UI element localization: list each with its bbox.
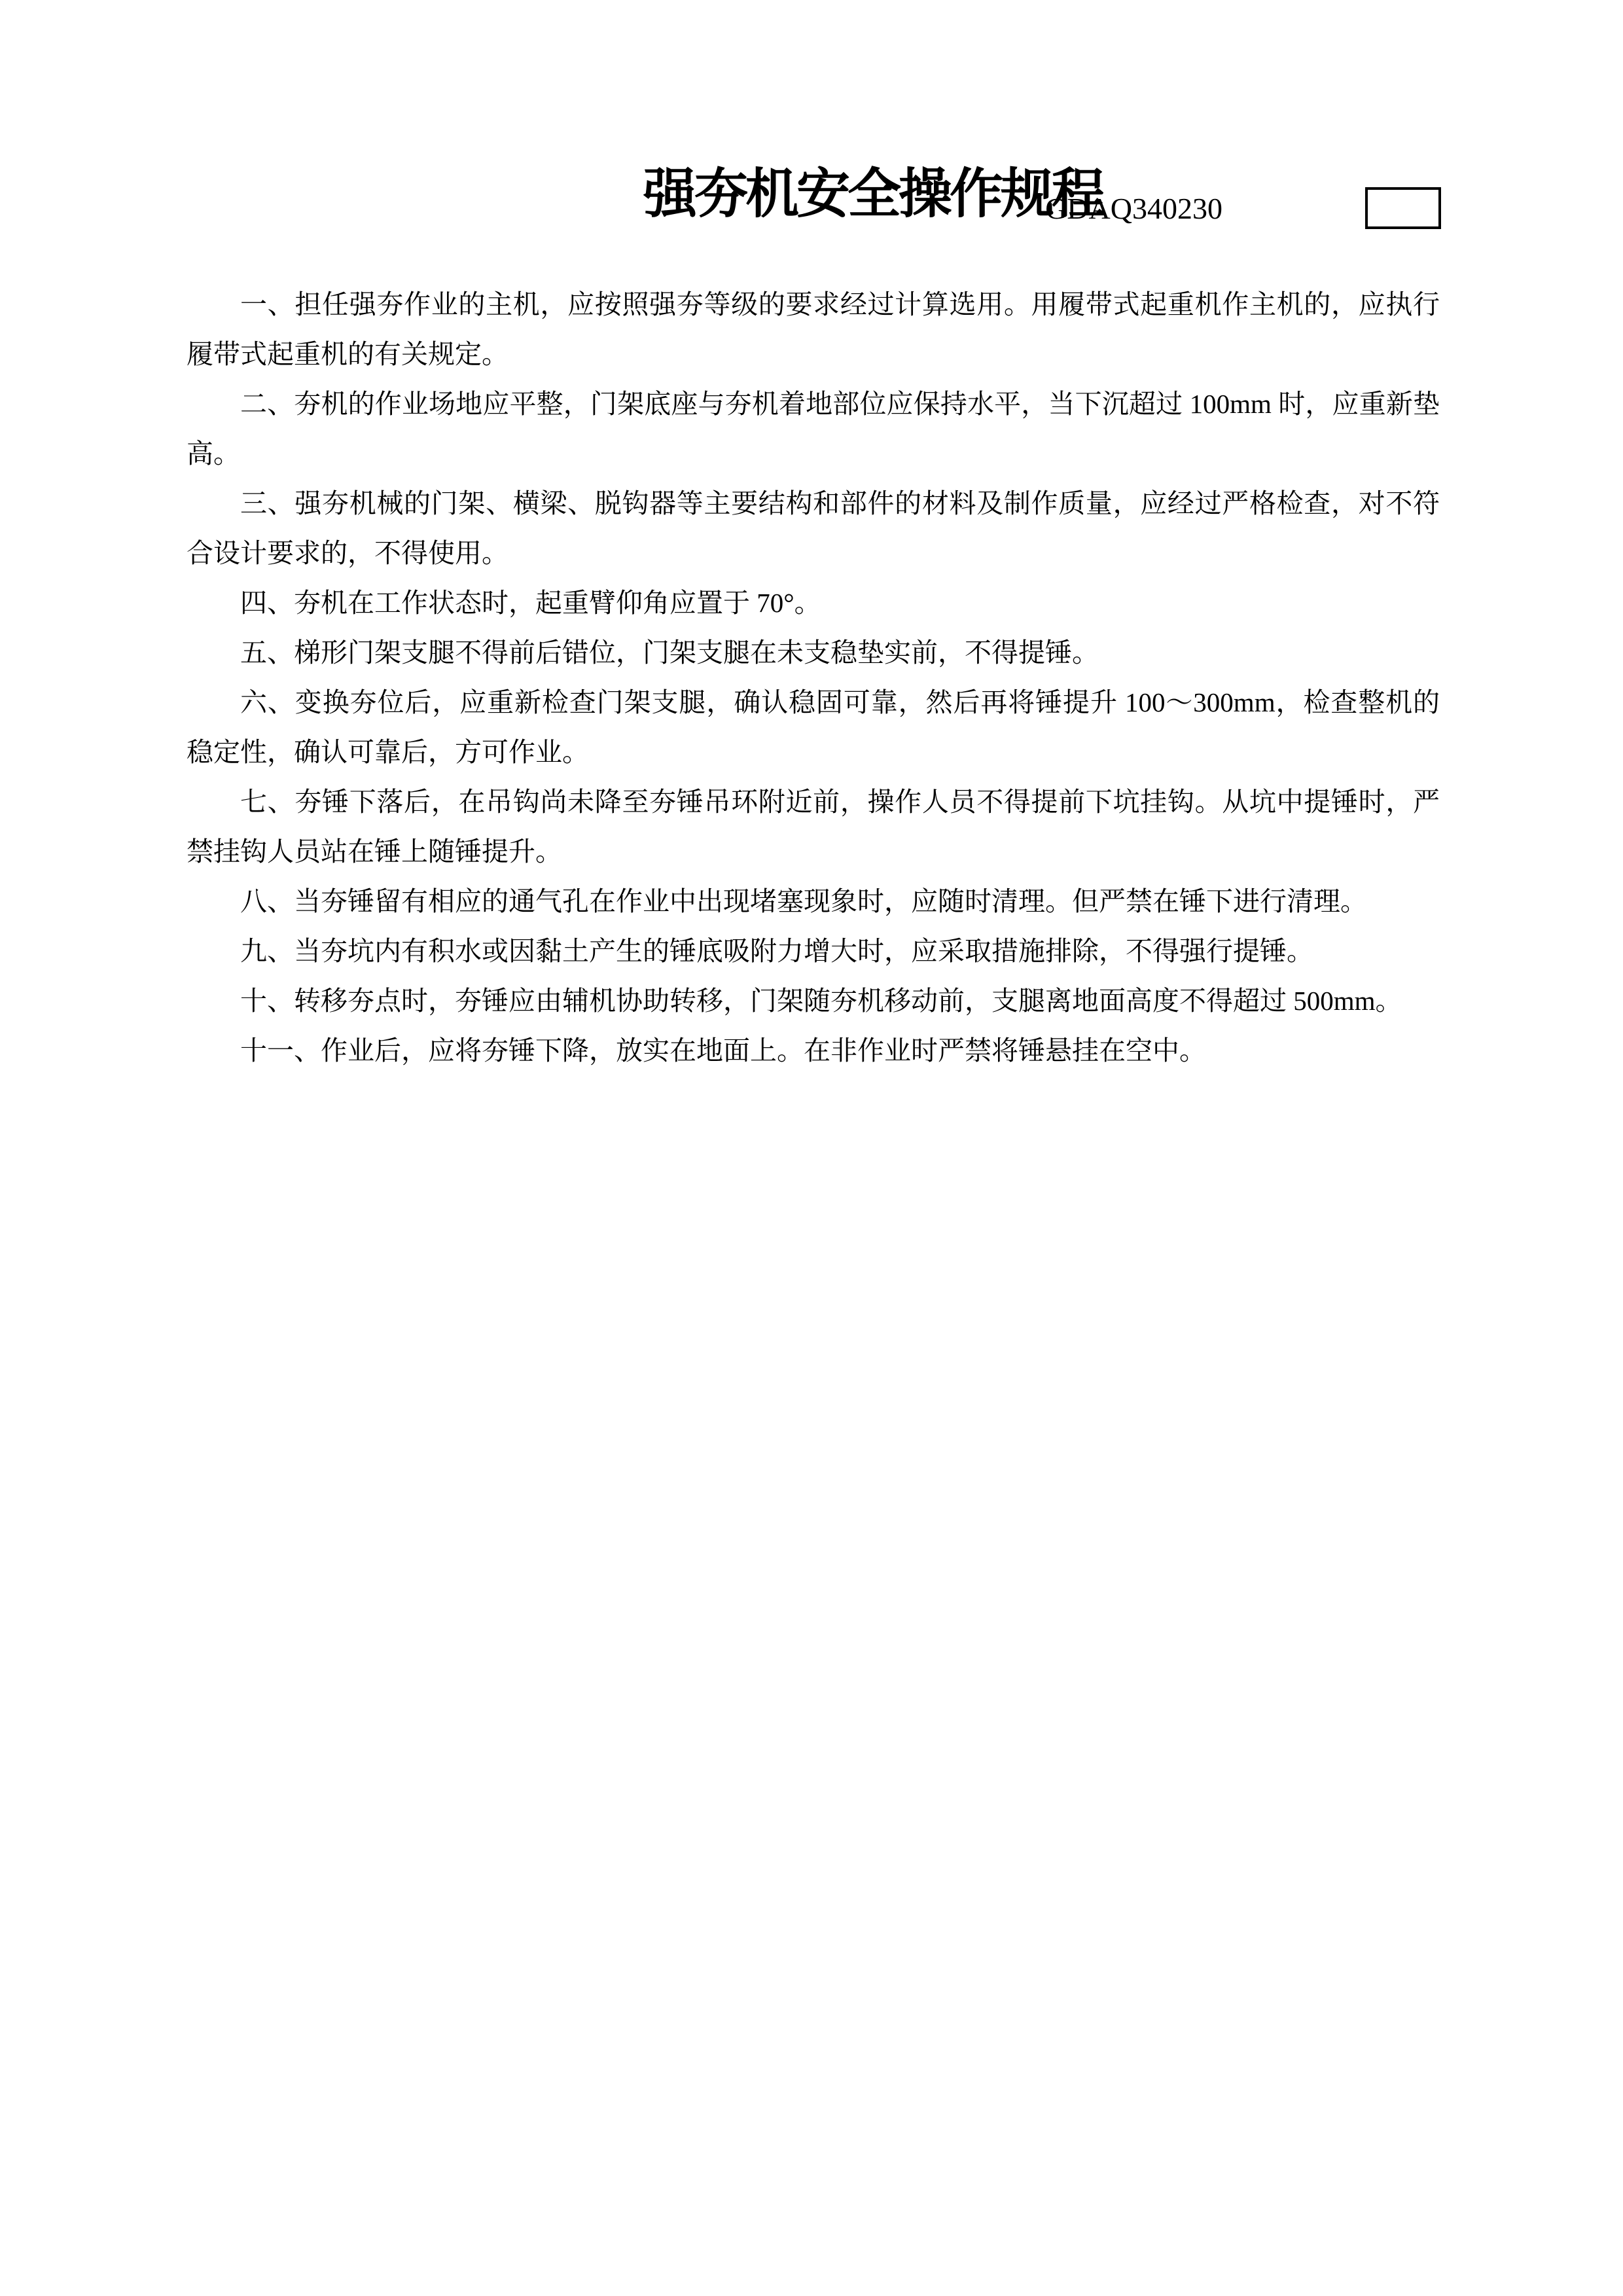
paragraph-6: 六、变换夯位后，应重新检查门架支腿，确认稳固可靠，然后再将锤提升 100～300… [187, 677, 1440, 777]
paragraph-4: 四、夯机在工作状态时，起重臂仰角应置于 70°。 [187, 578, 1440, 628]
paragraph-10: 十、转移夯点时，夯锤应由辅机协助转移，门架随夯机移动前，支腿离地面高度不得超过 … [187, 976, 1440, 1026]
regulation-body: 一、担任强夯作业的主机，应按照强夯等级的要求经过计算选用。用履带式起重机作主机的… [187, 279, 1440, 1075]
paragraph-2: 二、夯机的作业场地应平整，门架底座与夯机着地部位应保持水平，当下沉超过 100m… [187, 379, 1440, 478]
paragraph-5: 五、梯形门架支腿不得前后错位，门架支腿在未支稳垫实前，不得提锤。 [187, 628, 1440, 677]
code-fill-box [1365, 187, 1441, 229]
paragraph-11: 十一、作业后，应将夯锤下降，放实在地面上。在非作业时严禁将锤悬挂在空中。 [187, 1026, 1440, 1075]
paragraph-8: 八、当夯锤留有相应的通气孔在作业中出现堵塞现象时，应随时清理。但严禁在锤下进行清… [187, 876, 1440, 926]
paragraph-1: 一、担任强夯作业的主机，应按照强夯等级的要求经过计算选用。用履带式起重机作主机的… [187, 279, 1440, 379]
document-code: GDAQ340230 [1045, 192, 1222, 225]
document-code-row: GDAQ340230 [0, 187, 1623, 229]
paragraph-9: 九、当夯坑内有积水或因黏土产生的锤底吸附力增大时，应采取措施排除，不得强行提锤。 [187, 926, 1440, 976]
paragraph-7: 七、夯锤下落后，在吊钩尚未降至夯锤吊环附近前，操作人员不得提前下坑挂钩。从坑中提… [187, 777, 1440, 876]
paragraph-3: 三、强夯机械的门架、横梁、脱钩器等主要结构和部件的材料及制作质量，应经过严格检查… [187, 478, 1440, 578]
document-page: 强夯机安全操作规程 GDAQ340230 一、担任强夯作业的主机，应按照强夯等级… [0, 0, 1623, 2296]
